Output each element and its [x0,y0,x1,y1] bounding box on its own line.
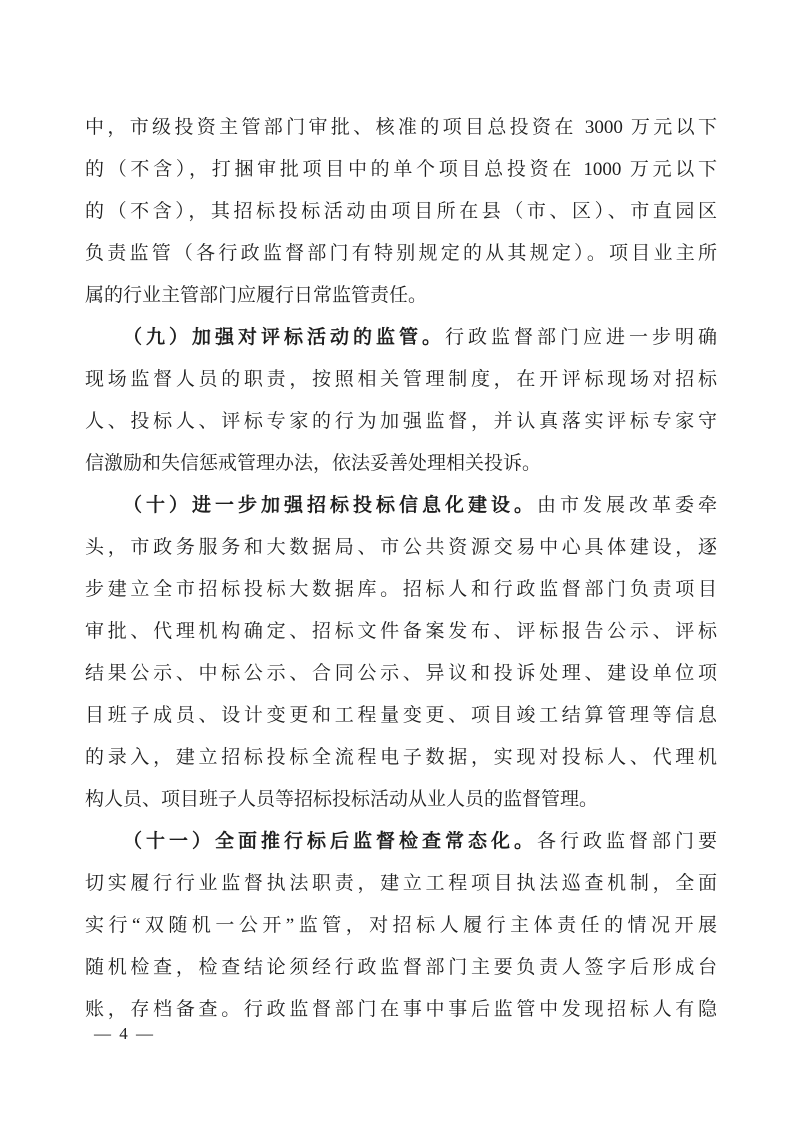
text-line: 账，存档备查。行政监督部门在事中事后监管中发现招标人有隐 [85,989,717,1031]
text-line: 的（不含），打捆审批项目中的单个项目总投资在 1000 万元以下 [85,149,717,191]
document-page: 中，市级投资主管部门审批、核准的项目总投资在 3000 万元以下的（不含），打捆… [0,0,793,1122]
text-line: 人、投标人、评标专家的行为加强监督，并认真落实评标专家守 [85,401,717,443]
text-line: 审批、代理机构确定、招标文件备案发布、评标报告公示、评标 [85,611,717,653]
text-line: 现场监督人员的职责，按照相关管理制度，在开评标现场对招标 [85,359,717,401]
paragraph: （十一）全面推行标后监督检查常态化。各行政监督部门要切实履行行业监督执法职责，建… [85,821,717,1031]
text-line: 步建立全市招标投标大数据库。招标人和行政监督部门负责项目 [85,569,717,611]
page-number: — 4 — [94,1013,155,1055]
text-line: 切实履行行业监督执法职责，建立工程项目执法巡查机制，全面 [85,863,717,905]
text-line: 的（不含），其招标投标活动由项目所在县（市、区）、市直园区 [85,191,717,233]
text-line: 属的行业主管部门应履行日常监管责任。 [85,275,717,317]
line-text: 行政监督部门应进一步明确 [445,327,717,348]
text-line: （十一）全面推行标后监督检查常态化。各行政监督部门要 [85,821,717,863]
section-heading: （十一）全面推行标后监督检查常态化。 [123,831,537,852]
text-line: 的录入，建立招标投标全流程电子数据，实现对投标人、代理机 [85,737,717,779]
section-heading: （十）进一步加强招标投标信息化建设。 [123,495,537,516]
text-line: 随机检查，检查结论须经行政监督部门主要负责人签字后形成台 [85,947,717,989]
text-line: 结果公示、中标公示、合同公示、异议和投诉处理、建设单位项 [85,653,717,695]
text-line: 头，市政务服务和大数据局、市公共资源交易中心具体建设，逐 [85,527,717,569]
section-heading: （九）加强对评标活动的监管。 [123,327,445,348]
text-line: 负责监管（各行政监督部门有特别规定的从其规定）。项目业主所 [85,233,717,275]
line-text: 各行政监督部门要 [537,831,717,852]
text-line: （九）加强对评标活动的监管。行政监督部门应进一步明确 [85,317,717,359]
text-line: 中，市级投资主管部门审批、核准的项目总投资在 3000 万元以下 [85,107,717,149]
line-text: 由市发展改革委牵 [537,495,717,516]
paragraph: （十）进一步加强招标投标信息化建设。由市发展改革委牵头，市政务服务和大数据局、市… [85,485,717,821]
text-line: 实行“双随机一公开”监管，对招标人履行主体责任的情况开展 [85,905,717,947]
paragraph: （九）加强对评标活动的监管。行政监督部门应进一步明确现场监督人员的职责，按照相关… [85,317,717,485]
text-line: 信激励和失信惩戒管理办法，依法妥善处理相关投诉。 [85,443,717,485]
text-line: （十）进一步加强招标投标信息化建设。由市发展改革委牵 [85,485,717,527]
text-line: 目班子成员、设计变更和工程量变更、项目竣工结算管理等信息 [85,695,717,737]
document-body: 中，市级投资主管部门审批、核准的项目总投资在 3000 万元以下的（不含），打捆… [85,107,717,1031]
paragraph: 中，市级投资主管部门审批、核准的项目总投资在 3000 万元以下的（不含），打捆… [85,107,717,317]
text-line: 构人员、项目班子人员等招标投标活动从业人员的监督管理。 [85,779,717,821]
